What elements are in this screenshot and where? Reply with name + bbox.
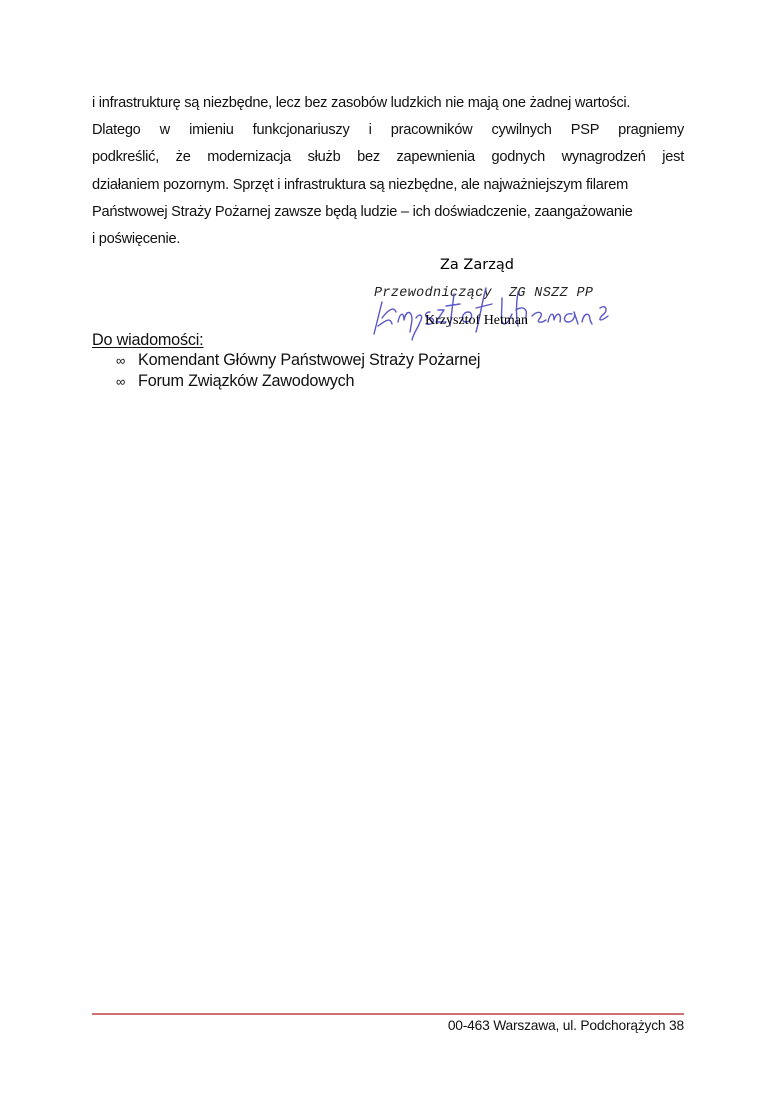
signatory-name: Krzysztof Hetman: [425, 313, 528, 329]
infinity-bullet-icon: ∞: [116, 350, 125, 371]
body-line: Dlatego w imieniu funkcjonariuszy i prac…: [92, 117, 684, 144]
cc-list-item: ∞ Komendant Główny Państwowej Straży Poż…: [92, 350, 592, 371]
body-line: działaniem pozornym. Sprzęt i infrastruk…: [92, 172, 684, 199]
body-line: Państwowej Straży Pożarnej zawsze będą l…: [92, 199, 684, 226]
cc-section: Do wiadomości: ∞ Komendant Główny Państw…: [92, 330, 592, 392]
body-line: podkreślić, że modernizacja służb bez za…: [92, 144, 684, 171]
cc-recipient: Forum Związków Zawodowych: [138, 372, 354, 390]
footer-address: 00-463 Warszawa, ul. Podchorążych 38: [448, 1018, 684, 1033]
cc-heading: Do wiadomości:: [92, 330, 592, 350]
infinity-bullet-icon: ∞: [116, 371, 125, 392]
body-line: i poświęcenie.: [92, 226, 684, 253]
letter-body: i infrastrukturę są niezbędne, lecz bez …: [92, 90, 684, 253]
cc-list: ∞ Komendant Główny Państwowej Straży Poż…: [92, 350, 592, 392]
body-line: i infrastrukturę są niezbędne, lecz bez …: [92, 90, 684, 117]
signature-on-behalf: Za Zarząd: [440, 257, 514, 273]
footer-divider: [92, 1013, 684, 1015]
document-page: i infrastrukturę są niezbędne, lecz bez …: [0, 0, 776, 1099]
cc-recipient: Komendant Główny Państwowej Straży Pożar…: [138, 351, 480, 369]
cc-list-item: ∞ Forum Związków Zawodowych: [92, 371, 592, 392]
